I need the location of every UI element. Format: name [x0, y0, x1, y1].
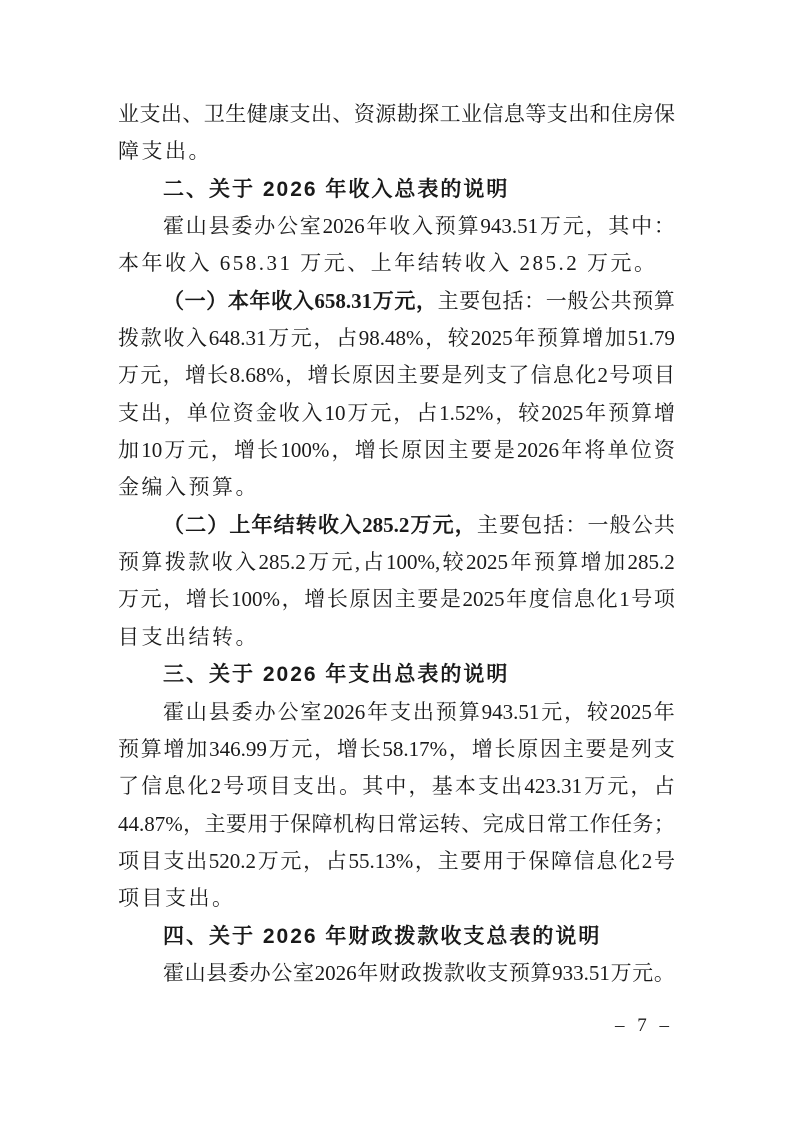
bold-text-segment: 元 — [433, 507, 454, 544]
bold-text-segment: 年 — [250, 283, 271, 320]
bold-text-segment: 二 — [185, 507, 206, 544]
text-line: 预算拨款收入285.2万元,占100%,较2025年预算增加285.2 — [118, 544, 675, 581]
bold-text-segment: 上 — [229, 507, 250, 544]
page-number: – 7 – — [615, 1014, 673, 1038]
text-line: 业支出、卫生健康支出、资源勘探工业信息等支出和住房保 — [118, 96, 675, 133]
text-line: 44.87%，主要用于保障机构日常运转、完成日常工作任务； — [118, 806, 675, 843]
text-line: 项目支出520.2万元，占55.13%，主要用于保障信息化2号 — [118, 843, 675, 880]
bold-text-segment: （ — [163, 283, 184, 320]
bold-text-segment: 285.2 — [362, 507, 409, 544]
section-heading: 四、关于 2026 年财政拨款收支总表的说明 — [118, 918, 675, 955]
section-heading: 二、关于 2026 年收入总表的说明 — [118, 171, 675, 208]
bold-text-segment: 年 — [252, 507, 273, 544]
text-line: 霍山县委办公室2026年收入预算943.51万元，其中： — [118, 208, 675, 245]
text-line: （二）上年结转收入285.2万元，主要包括：一般公共 — [118, 507, 675, 544]
bold-text-segment: 一 — [185, 283, 206, 320]
bold-text-segment: （ — [163, 507, 184, 544]
text-line: 拨款收入648.31万元，占98.48%，较2025年预算增加51.79 — [118, 320, 675, 357]
text-line: 霍山县委办公室2026年支出预算943.51元，较2025年 — [118, 694, 675, 731]
text-line: 预算增加346.99万元，增长58.17%，增长原因主要是列支 — [118, 731, 675, 768]
text-line: 支出，单位资金收入10万元，占1.52%，较2025年预算增 — [118, 395, 675, 432]
text-line: 万元，增长100%，增长原因主要是2025年度信息化1号项 — [118, 581, 675, 618]
bold-text-segment: ， — [455, 507, 476, 544]
text-line: 障支出。 — [118, 133, 675, 170]
bold-text-segment: ） — [206, 283, 227, 320]
text-line: 金编入预算。 — [118, 469, 675, 506]
document-body: 业支出、卫生健康支出、资源勘探工业信息等支出和住房保障支出。二、关于 2026 … — [118, 96, 675, 992]
bold-text-segment: 万 — [373, 283, 394, 320]
bold-text-segment: 收 — [271, 283, 292, 320]
bold-text-segment: ， — [416, 283, 437, 320]
text-line: 本年收入 658.31 万元、上年结转收入 285.2 万元。 — [118, 245, 675, 282]
text-line: （一）本年收入658.31万元，主要包括：一般公共预算 — [118, 283, 675, 320]
bold-text-segment: 本 — [228, 283, 249, 320]
bold-text-segment: 入 — [293, 283, 314, 320]
text-line: 项目支出。 — [118, 880, 675, 917]
text-line: 了信息化2号项目支出。其中，基本支出423.31万元，占 — [118, 768, 675, 805]
bold-text-segment: 收 — [318, 507, 339, 544]
section-heading: 三、关于 2026 年支出总表的说明 — [118, 656, 675, 693]
bold-text-segment: 元 — [394, 283, 415, 320]
text-line: 万元，增长8.68%，增长原因主要是列支了信息化2号项目 — [118, 357, 675, 394]
text-line: 加10万元，增长100%，增长原因主要是2026年将单位资 — [118, 432, 675, 469]
bold-text-segment: ） — [207, 507, 228, 544]
bold-text-segment: 结 — [274, 507, 295, 544]
bold-text-segment: 万 — [411, 507, 432, 544]
bold-text-segment: 658.31 — [314, 283, 372, 320]
text-line: 目支出结转。 — [118, 619, 675, 656]
text-line: 霍山县委办公室2026年财政拨款收支预算933.51万元。 — [118, 955, 675, 992]
bold-text-segment: 转 — [296, 507, 317, 544]
document-page: 业支出、卫生健康支出、资源勘探工业信息等支出和住房保障支出。二、关于 2026 … — [0, 0, 793, 1122]
bold-text-segment: 入 — [340, 507, 361, 544]
